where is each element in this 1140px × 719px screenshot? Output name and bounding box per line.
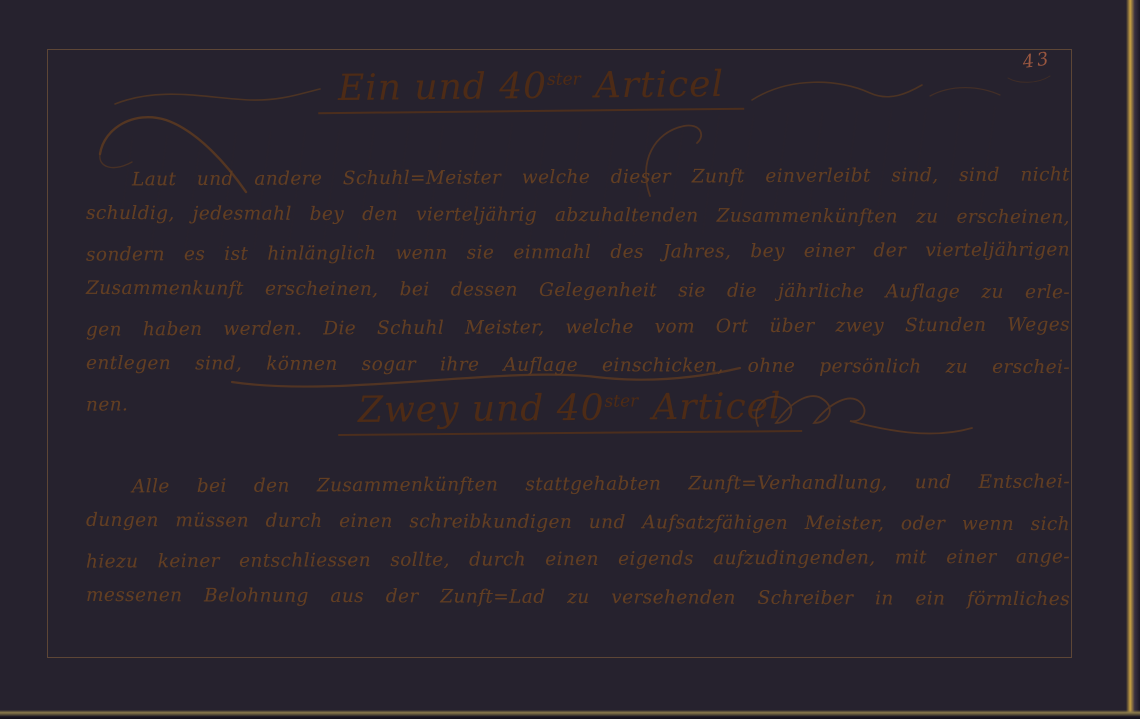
- book-bottom-edge: [0, 710, 1140, 719]
- article-41-heading-prefix: Ein und 40: [338, 66, 548, 109]
- article-41-body: Laut und andere Schuhl=Meister welche di…: [86, 159, 1070, 422]
- text-line: Zusammenkunft erscheinen, bei dessen Gel…: [86, 269, 1070, 311]
- article-42-heading-ordinal: ster: [604, 391, 638, 411]
- article-41-heading-suffix: Articel: [595, 64, 725, 106]
- article-42-heading-suffix: Articel: [652, 386, 782, 428]
- article-42-heading: Zwey und 40sterArticel: [338, 386, 802, 436]
- paper-page: 43 Ein und 40sterArticel Laut und andere…: [0, 0, 1140, 719]
- text-line: sondern es ist hinlänglich wenn sie einm…: [86, 231, 1070, 274]
- text-line: messenen Belohnung aus der Zunft=Lad zu …: [86, 576, 1070, 618]
- text-line: gen haben werden. Die Schuhl Meister, we…: [86, 306, 1070, 349]
- text-line: Alle bei den Zusammenkünften stattgehabt…: [86, 463, 1070, 506]
- text-line: Laut und andere Schuhl=Meister welche di…: [86, 156, 1070, 199]
- book-right-edge: [1126, 0, 1140, 719]
- article-42-body: Alle bei den Zusammenkünften stattgehabt…: [86, 466, 1070, 616]
- text-line: dungen müssen durch einen schreibkundige…: [86, 501, 1070, 543]
- manuscript-scan: 43 Ein und 40sterArticel Laut und andere…: [0, 0, 1140, 719]
- article-41-heading-ordinal: ster: [547, 69, 581, 89]
- text-line: entlegen sind, können sogar ihre Auflage…: [86, 344, 1070, 386]
- text-line: schuldig, jedesmahl bey den vierteljähri…: [86, 194, 1070, 236]
- text-line: hiezu keiner entschliessen sollte, durch…: [86, 538, 1070, 581]
- article-42-heading-prefix: Zwey und 40: [358, 388, 605, 431]
- article-41-heading: Ein und 40sterArticel: [318, 64, 744, 114]
